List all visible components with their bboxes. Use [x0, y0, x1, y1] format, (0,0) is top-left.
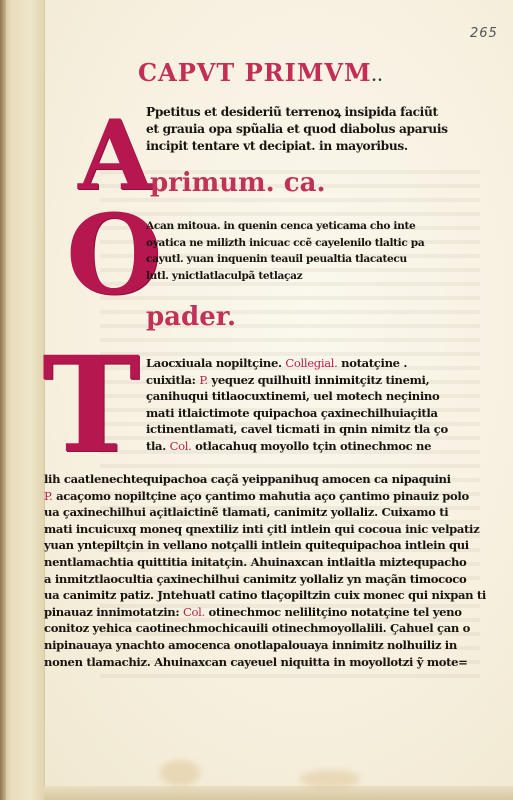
text-line: cuixitla: P. yequez quilhuitl innimitçit…: [146, 372, 448, 389]
text-line: cayutl. yuan inquenin teauil peualtia tl…: [146, 251, 424, 268]
text-run: lih caatlenechtequipachoa caçã yeippanih…: [44, 472, 451, 486]
text-run: acaçomo nopiltçine aço çantimo mahutia a…: [52, 489, 468, 503]
subheading-primum: primum. ca.: [150, 168, 326, 198]
text-line: incipit tentare vt decipiat. in mayoribu…: [146, 138, 448, 155]
heading-dots: ..: [372, 69, 384, 85]
text-run: yequez quilhuitl innimitçitz tinemi,: [208, 373, 430, 387]
text-run: tla.: [146, 439, 170, 453]
text-line: Laocxiuala nopiltçine. Collegial. notatç…: [146, 355, 448, 372]
text-run: nonen tlamachiz. Ahuinaxcan cayeuel niqu…: [44, 655, 468, 669]
text-run: mati itlaictimote quipachoa çaxinechilhu…: [146, 406, 438, 420]
text-run: çanihuqui titlaocuxtinemi, uel motech ne…: [146, 389, 439, 403]
stain: [300, 770, 360, 788]
rubric-speaker: P.: [199, 373, 207, 387]
folio-number: 265: [470, 26, 498, 41]
stain: [160, 760, 200, 786]
text-line: conitoz yehica caotinechmochicauili otin…: [44, 620, 486, 637]
text-run: pinauaz innimotatzin:: [44, 605, 183, 619]
text-run: otlacahuq moyollo tçin otinechmoc ne: [191, 439, 431, 453]
text-run: ictinentlamati, cavel ticmati in qnin ni…: [146, 422, 448, 436]
text-line: a inmitztlaocultia çaxinechilhui canimit…: [44, 571, 486, 588]
subheading-pader: pader.: [146, 302, 236, 332]
text-run: mati incuicuxq moneq qnextiliz inti çitl…: [44, 522, 479, 536]
binding-edge: [0, 0, 6, 800]
text-line: yuan yntepiltçin in vellano notçalli int…: [44, 537, 486, 554]
rubric-speaker: Collegial.: [285, 356, 337, 370]
text-run: notatçine .: [337, 356, 407, 370]
manuscript-page: 265 CAPVT PRIMVM.. A Ppetitus et desider…: [0, 0, 513, 800]
text-line: oyatica ne milizth inicuac ccẽ cayelenil…: [146, 235, 424, 252]
decorated-initial-t: T: [42, 340, 140, 472]
text-run: ua canimitz patiz. Jntehuatl catino tlaç…: [44, 588, 486, 602]
text-run: otinechmoc nelilitçino notatçine tel yen…: [205, 605, 462, 619]
text-line: nipinauaya ynachto amocenca onotlapaloua…: [44, 637, 486, 654]
text-line: mati incuicuxq moneq qnextiliz inti çitl…: [44, 521, 486, 538]
text-line: Ppetitus et desideriũ terrenoꝝ insipida …: [146, 104, 448, 121]
text-line: Acan mitoua. in quenin cenca yeticama ch…: [146, 218, 424, 235]
text-line: ua canimitz patiz. Jntehuatl catino tlaç…: [44, 587, 486, 604]
text-line: mati itlaictimote quipachoa çaxinechilhu…: [146, 405, 448, 422]
text-line: nentlamachtia quittitia initatçin. Ahuin…: [44, 554, 486, 571]
text-run: conitoz yehica caotinechmochicauili otin…: [44, 621, 470, 635]
rubric-speaker: Col.: [170, 439, 192, 453]
text-line: ua çaxinechilhui açitlaictinẽ tlamati, c…: [44, 504, 486, 521]
text-run: Laocxiuala nopiltçine.: [146, 356, 285, 370]
page-gutter: [0, 0, 45, 800]
text-run: yuan yntepiltçin in vellano notçalli int…: [44, 538, 469, 552]
text-line: tla. Col. otlacahuq moyollo tçin otinech…: [146, 438, 448, 455]
text-run: nipinauaya ynachto amocenca onotlapaloua…: [44, 638, 457, 652]
text-line: çanihuqui titlaocuxtinemi, uel motech ne…: [146, 388, 448, 405]
text-block-second: Acan mitoua. in quenin cenca yeticama ch…: [146, 218, 424, 284]
text-line: P. acaçomo nopiltçine aço çantimo mahuti…: [44, 488, 486, 505]
text-line: pinauaz innimotatzin: Col. otinechmoc ne…: [44, 604, 486, 621]
text-line: nonen tlamachiz. Ahuinaxcan cayeuel niqu…: [44, 654, 486, 671]
text-block-intro: Ppetitus et desideriũ terrenoꝝ insipida …: [146, 104, 448, 154]
text-run: nentlamachtia quittitia initatçin. Ahuin…: [44, 555, 466, 569]
text-line: lih caatlenechtequipachoa caçã yeippanih…: [44, 471, 486, 488]
text-run: cuixitla:: [146, 373, 199, 387]
text-run: ua çaxinechilhui açitlaictinẽ tlamati, c…: [44, 505, 448, 519]
page-bottom-edge: [44, 786, 513, 800]
text-line: lutl. ynictlatlaculpã tetlaçaz: [146, 268, 424, 285]
rubric-speaker: Col.: [183, 605, 205, 619]
text-run: a inmitztlaocultia çaxinechilhui canimit…: [44, 572, 466, 586]
text-block-dialogue: Laocxiuala nopiltçine. Collegial. notatç…: [146, 355, 448, 455]
text-line: et grauia opa spũalia et quod diabolus a…: [146, 121, 448, 138]
text-line: ictinentlamati, cavel ticmati in qnin ni…: [146, 421, 448, 438]
text-block-continuation: lih caatlenechtequipachoa caçã yeippanih…: [44, 471, 486, 670]
chapter-title: CAPVT PRIMVM: [138, 58, 372, 87]
chapter-heading: CAPVT PRIMVM..: [138, 58, 383, 87]
